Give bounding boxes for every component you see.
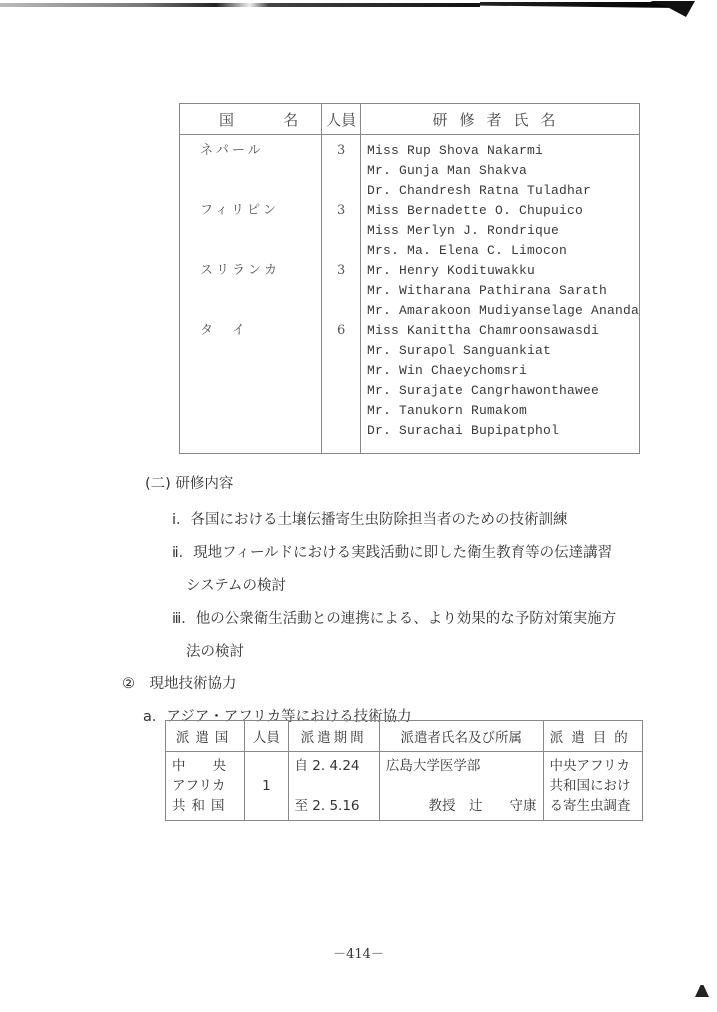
- period-from: 自 2. 4.24: [295, 756, 373, 776]
- training-item-3: ⅲ．他の公衆衛生活動との連携による、より効果的な予防対策実施方: [172, 607, 616, 628]
- trainee-name: Mr. Gunja Man Shakva: [367, 161, 639, 181]
- header-dispatch-country: 派遣国: [166, 721, 245, 752]
- dispatch-period: 自 2. 4.24 至 2. 5.16: [288, 752, 379, 821]
- header-dispatch-count: 人員: [245, 721, 288, 752]
- header-names: 研修者氏名: [360, 104, 639, 135]
- dispatch-table-header: 派遣国 人員 派遣期間 派遣者氏名及び所属 派遣目的: [166, 721, 643, 752]
- trainee-name: Mr. Tanukorn Rumakom: [367, 401, 639, 421]
- trainee-name: Mr. Amarakoon Mudiyanselage Ananda: [367, 301, 639, 321]
- trainee-name: Miss Bernadette O. Chupuico: [367, 201, 639, 221]
- dispatch-table: 派遣国 人員 派遣期間 派遣者氏名及び所属 派遣目的 中 央 アフリカ 共和国 …: [165, 720, 643, 821]
- header-country-left: 国: [219, 109, 234, 130]
- dispatch-row: 中 央 アフリカ 共和国 1 自 2. 4.24 至 2. 5.16 広島大学医…: [166, 752, 643, 821]
- country-philippines: フィリピン: [180, 201, 321, 221]
- dispatch-country-line: 中 央: [172, 756, 238, 776]
- trainee-table-body: ネパール フィリピン スリランカ タ イ 3 3 3 6 Miss Rup Sh…: [180, 135, 640, 454]
- dispatch-count: 1: [245, 752, 288, 821]
- dispatch-country: 中 央 アフリカ 共和国: [166, 752, 245, 821]
- purpose-line: 中央アフリカ: [550, 756, 636, 776]
- person-name: 教授 辻 守康: [386, 796, 537, 816]
- count-sri-lanka: 3: [322, 261, 360, 281]
- scan-edge-artifact: [0, 0, 717, 16]
- training-item-3-cont: 法の検討: [186, 640, 244, 661]
- trainee-name: Dr. Surachai Bupipatphol: [367, 421, 639, 441]
- training-content-heading: (二) 研修内容: [145, 472, 233, 493]
- country-thailand: タ イ: [180, 321, 321, 341]
- affiliation: 広島大学医学部: [386, 756, 537, 776]
- header-dispatch-purpose: 派遣目的: [543, 721, 642, 752]
- trainee-name: Mr. Surajate Cangrhawonthawee: [367, 381, 639, 401]
- dispatch-country-line: 共和国: [172, 796, 238, 816]
- dispatch-country-line: アフリカ: [172, 776, 238, 796]
- header-country-right: 名: [283, 109, 298, 130]
- trainee-name: Miss Rup Shova Nakarmi: [367, 141, 639, 161]
- trainee-name: Mr. Witharana Pathirana Sarath: [367, 281, 639, 301]
- training-item-2: ⅱ．現地フィールドにおける実践活動に即した衛生教育等の伝達講習: [172, 541, 612, 562]
- dispatch-person: 広島大学医学部 教授 辻 守康: [379, 752, 543, 821]
- trainee-name: Dr. Chandresh Ratna Tuladhar: [367, 181, 639, 201]
- purpose-line: 共和国におけ: [550, 776, 636, 796]
- section-2-heading: ② 現地技術協力: [122, 672, 237, 693]
- dispatch-purpose: 中央アフリカ 共和国におけ る寄生虫調査: [543, 752, 642, 821]
- count-nepal: 3: [322, 141, 360, 161]
- count-thailand: 6: [322, 321, 360, 341]
- training-item-1: ⅰ．各国における土壌伝播寄生虫防除担当者のための技術訓練: [172, 508, 568, 529]
- trainee-name: Mr. Win Chaeychomsri: [367, 361, 639, 381]
- trainee-table-header: 国 名 人員 研修者氏名: [180, 104, 640, 135]
- trainee-table: 国 名 人員 研修者氏名 ネパール フィリピン スリランカ タ イ 3 3 3 …: [179, 103, 640, 454]
- period-to: 至 2. 5.16: [295, 796, 373, 816]
- header-country: 国 名: [180, 104, 322, 135]
- country-nepal: ネパール: [180, 141, 321, 161]
- trainee-name: Mr. Surapol Sanguankiat: [367, 341, 639, 361]
- count-philippines: 3: [322, 201, 360, 221]
- trainee-name: Mr. Henry Kodituwakku: [367, 261, 639, 281]
- training-item-2-cont: システムの検討: [186, 574, 286, 595]
- header-count: 人員: [322, 104, 361, 135]
- trainee-name: Miss Kanittha Chamroonsawasdi: [367, 321, 639, 341]
- scan-corner-mark: [695, 985, 709, 997]
- country-sri-lanka: スリランカ: [180, 261, 321, 281]
- page-number: －414－: [0, 943, 717, 962]
- trainee-name: Miss Merlyn J. Rondrique: [367, 221, 639, 241]
- header-dispatch-period: 派遣期間: [288, 721, 379, 752]
- trainee-name: Mrs. Ma. Elena C. Limocon: [367, 241, 639, 261]
- purpose-line: る寄生虫調査: [550, 796, 636, 816]
- header-dispatch-person: 派遣者氏名及び所属: [379, 721, 543, 752]
